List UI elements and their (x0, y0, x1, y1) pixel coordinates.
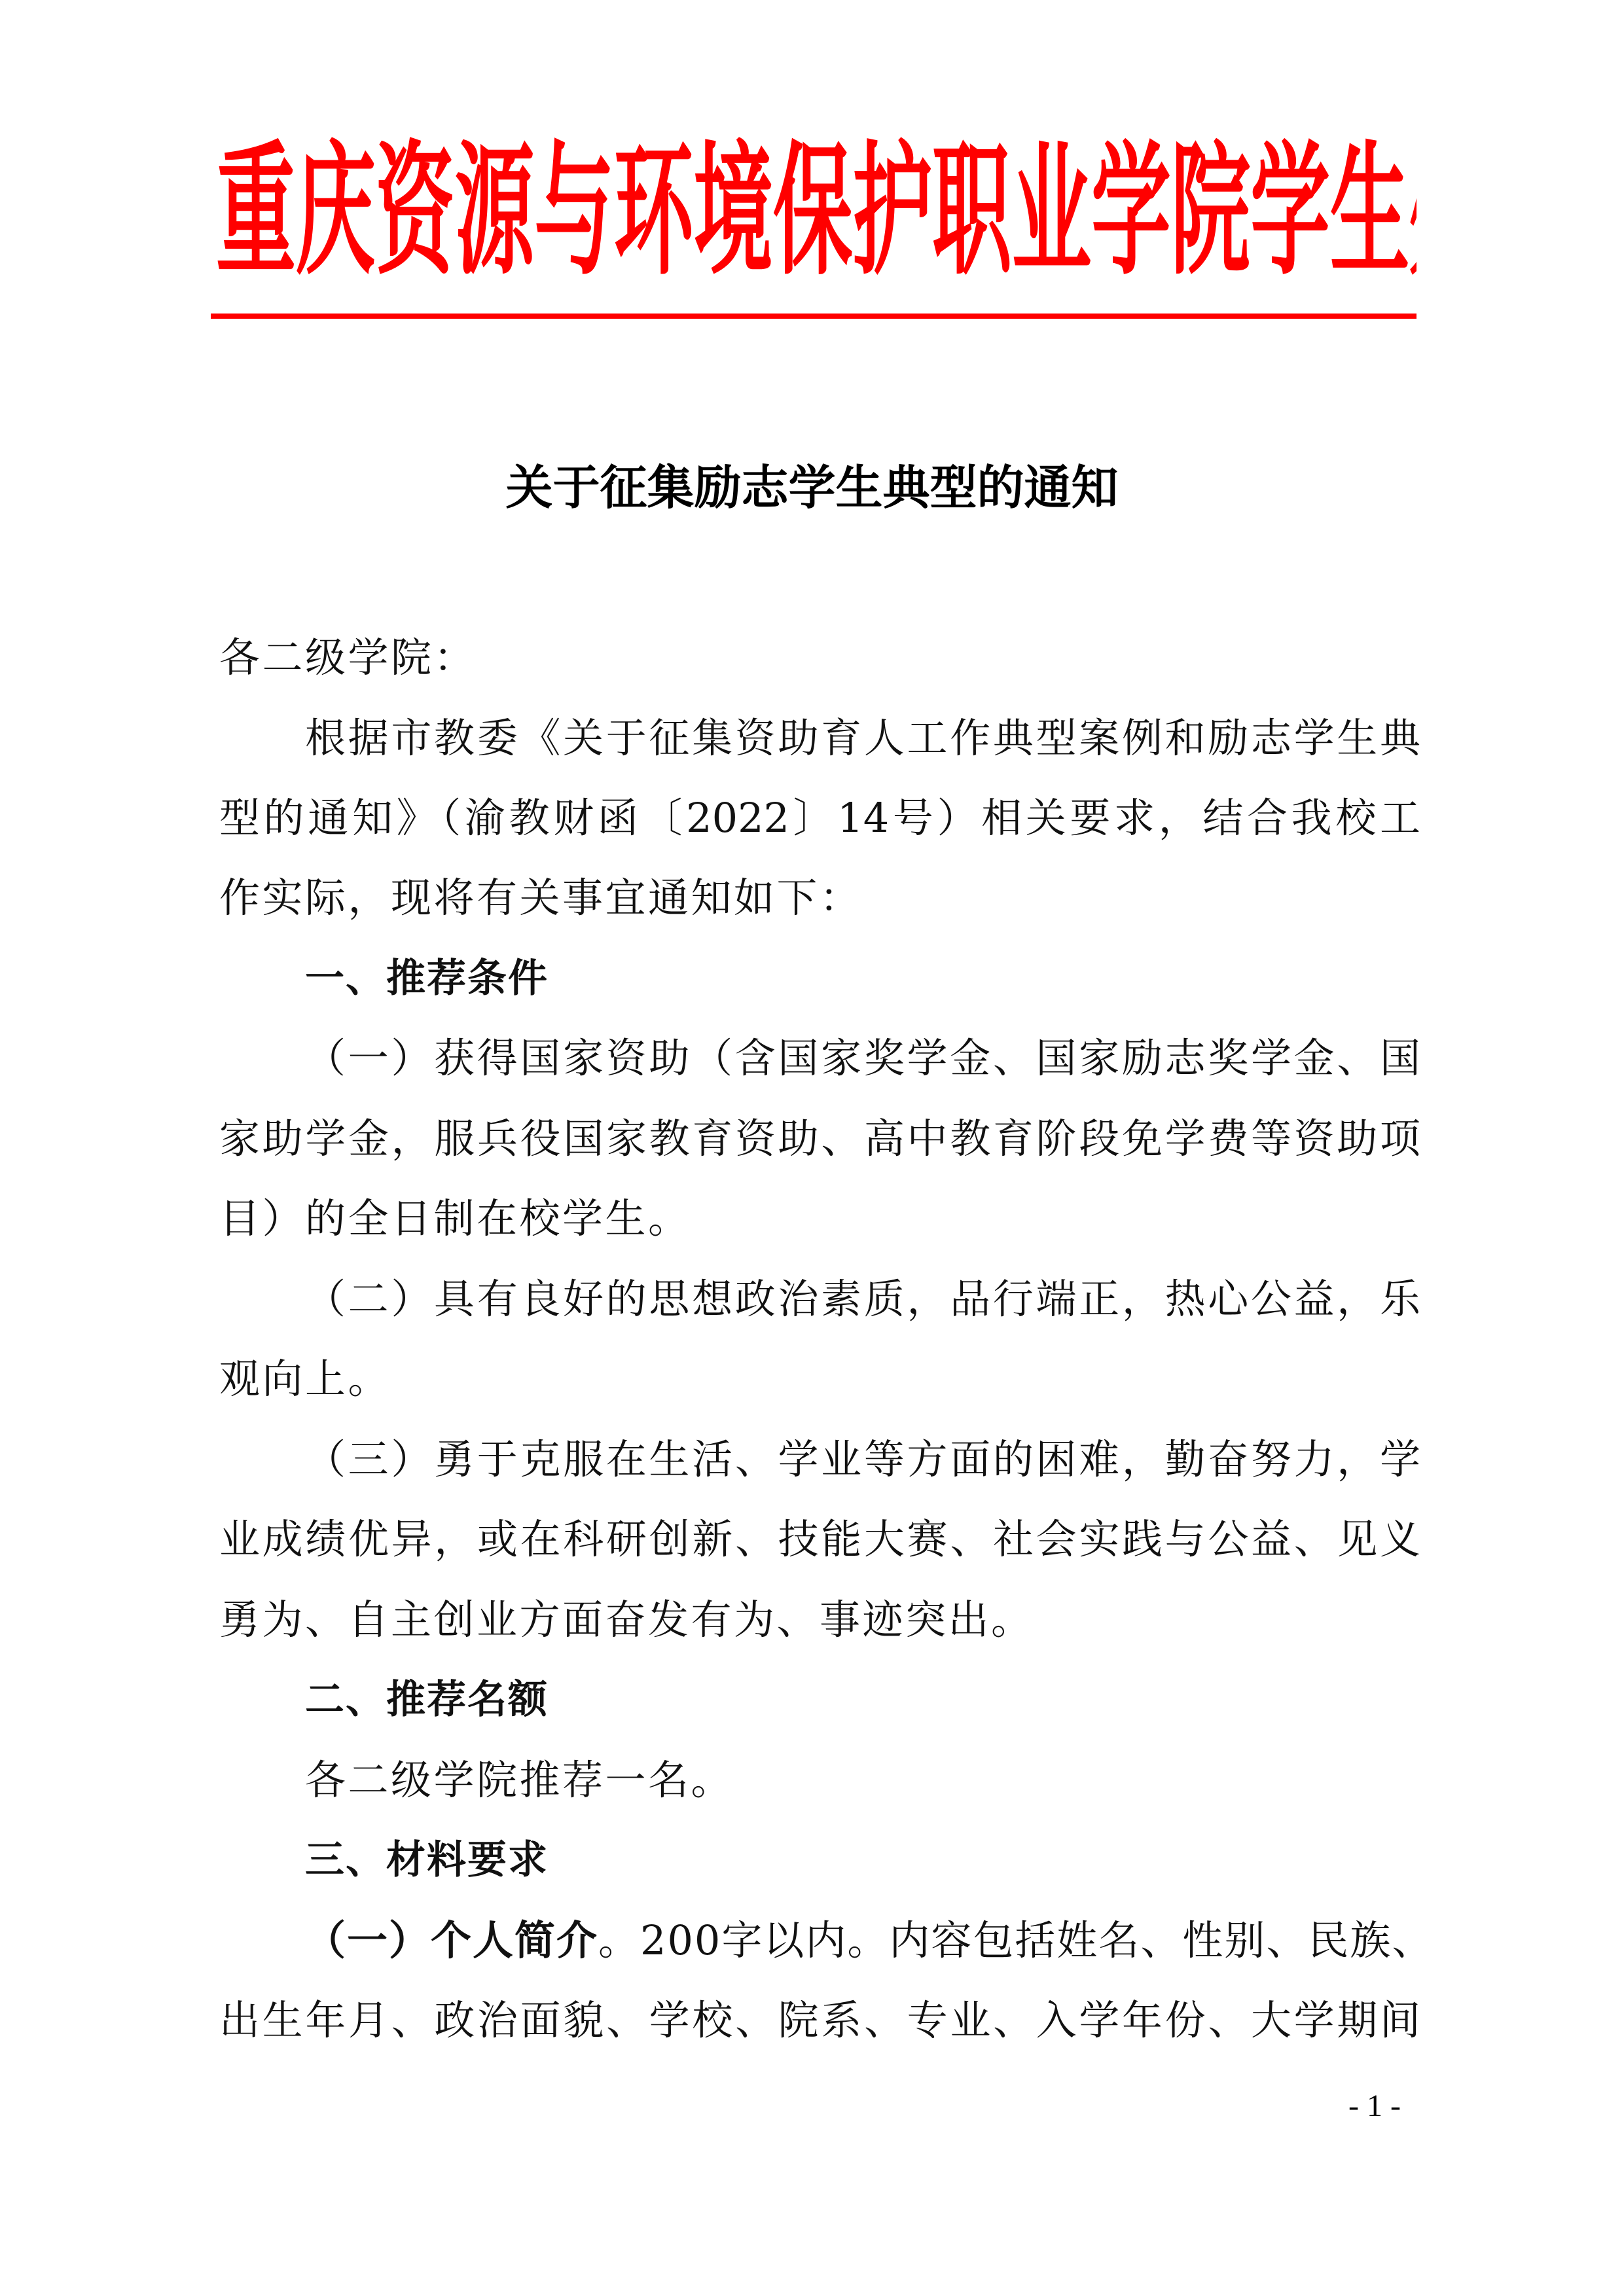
section3-item1-line-1: （一）个人简介。200字以内。内容包括姓名、性别、民族、 (219, 1914, 1420, 1967)
salutation: 各二级学院： (219, 632, 1420, 684)
letterhead-text: 重庆资源与环境保护职业学院学生处 (211, 139, 1416, 282)
section-heading-3: 三、材料要求 (219, 1834, 1420, 1886)
section1-item2-line-1: （二）具有良好的思想政治素质，品行端正，热心公益，乐 (219, 1273, 1420, 1325)
page-number: - 1 - (1322, 2088, 1427, 2125)
section1-item1-line-2: 家助学金，服兵役国家教育资助、高中教育阶段免学费等资助项 (219, 1113, 1420, 1165)
intro-line-3: 作实际，现将有关事宜通知如下： (219, 872, 1420, 924)
section1-item3-line-3: 勇为、自主创业方面奋发有为、事迹突出。 (219, 1594, 1420, 1646)
document-title: 关于征集励志学生典型的通知 (0, 452, 1624, 524)
intro-line-2: 型的通知》（渝教财函〔2022〕14号）相关要求，结合我校工 (219, 792, 1420, 844)
section1-item3-line-2: 业成绩优异，或在科研创新、技能大赛、社会实践与公益、见义 (219, 1513, 1420, 1566)
letterhead-red-rule (211, 314, 1416, 319)
section-heading-1: 一、推荐条件 (219, 952, 1420, 1005)
intro-line-1: 根据市教委《关于征集资助育人工作典型案例和励志学生典 (219, 712, 1420, 764)
section3-item1-text: 。200字以内。内容包括姓名、性别、民族、 (598, 1916, 1434, 1964)
section1-item1-line-1: （一）获得国家资助（含国家奖学金、国家励志奖学金、国 (219, 1032, 1420, 1085)
section3-item1-line-2: 出生年月、政治面貌、学校、院系、专业、入学年份、大学期间 (219, 1994, 1420, 2047)
section1-item3-line-1: （三）勇于克服在生活、学业等方面的困难，勤奋努力，学 (219, 1433, 1420, 1486)
section1-item2-line-2: 观向上。 (219, 1353, 1420, 1405)
letterhead-organization: 重庆资源与环境保护职业学院学生处 (211, 135, 1416, 287)
section2-item1-line-1: 各二级学院推荐一名。 (219, 1754, 1420, 1806)
section3-item1-bold-label: （一）个人简介 (305, 1916, 598, 1964)
document-page: 重庆资源与环境保护职业学院学生处 关于征集励志学生典型的通知 各二级学院： 根据… (0, 0, 1624, 2296)
section-heading-2: 二、推荐名额 (219, 1674, 1420, 1726)
section1-item1-line-3: 目）的全日制在校学生。 (219, 1193, 1420, 1245)
